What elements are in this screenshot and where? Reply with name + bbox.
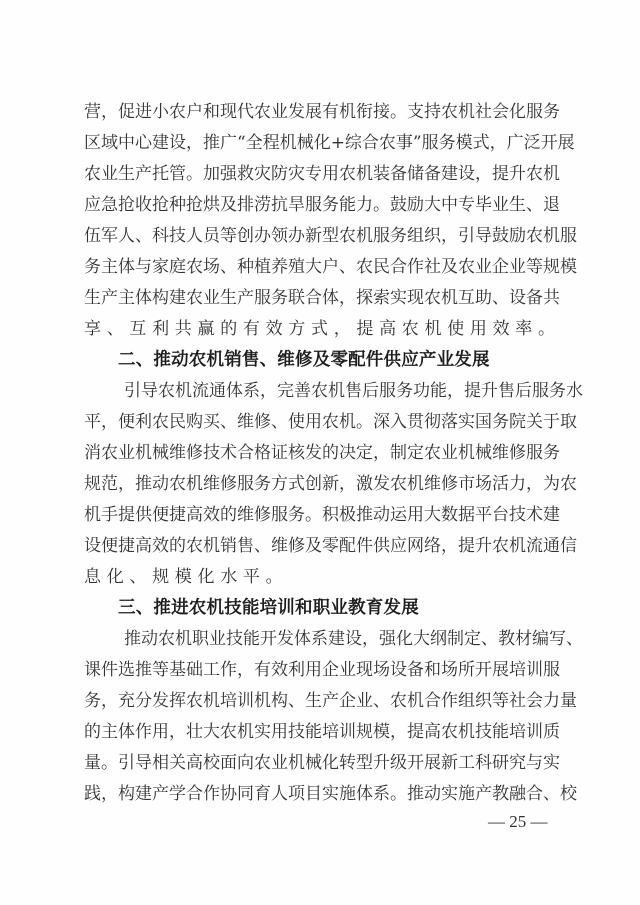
section-heading-3: 三、推进农机技能培训和职业教育发展	[84, 593, 558, 624]
body-line: 农业生产托管。加强救灾防灾专用农机装备储备建设，提升农机	[84, 159, 558, 190]
body-line: 息化、规模化水平。	[84, 562, 558, 593]
page-number: — 25 —	[488, 812, 548, 832]
body-line: 平，便利农民购买、维修、使用农机。深入贯彻落实国务院关于取	[84, 407, 558, 438]
body-line: 引导农机流通体系，完善农机售后服务功能，提升售后服务水	[84, 376, 558, 407]
body-line: 消农业机械维修技术合格证核发的决定，制定农业机械维修服务	[84, 438, 558, 469]
body-line: 务主体与家庭农场、种植养殖大户、农民合作社及农业企业等规模	[84, 252, 558, 283]
body-line: 设便捷高效的农机销售、维修及零配件供应网络，提升农机流通信	[84, 531, 558, 562]
body-line: 区域中心建设，推广“全程机械化+综合农事”服务模式，广泛开展	[84, 128, 558, 159]
body-line: 应急抢收抢种抢烘及排涝抗旱服务能力。鼓励大中专毕业生、退	[84, 190, 558, 221]
body-line: 规范，推动农机维修服务方式创新，激发农机维修市场活力，为农	[84, 469, 558, 500]
body-line: 的主体作用，壮大农机实用技能培训规模，提高农机技能培训质	[84, 717, 558, 748]
body-line: 伍军人、科技人员等创办领办新型农机服务组织，引导鼓励农机服	[84, 221, 558, 252]
section-heading-2: 二、推动农机销售、维修及零配件供应产业发展	[84, 345, 558, 376]
body-line: 践，构建产学合作协同育人项目实施体系。推动实施产教融合、校	[84, 779, 558, 810]
body-line: 量。引导相关高校面向农业机械化转型升级开展新工科研究与实	[84, 748, 558, 779]
body-line: 推动农机职业技能开发体系建设，强化大纲制定、教材编写、	[84, 624, 558, 655]
document-body: 营，促进小农户和现代农业发展有机衔接。支持农机社会化服务 区域中心建设，推广“全…	[84, 97, 558, 810]
body-line: 机手提供便捷高效的维修服务。积极推动运用大数据平台技术建	[84, 500, 558, 531]
body-line: 课件选推等基础工作，有效利用企业现场设备和场所开展培训服	[84, 655, 558, 686]
document-page: 营，促进小农户和现代农业发展有机衔接。支持农机社会化服务 区域中心建设，推广“全…	[0, 0, 640, 905]
body-line: 生产主体构建农业生产服务联合体，探索实现农机互助、设备共	[84, 283, 558, 314]
body-line: 营，促进小农户和现代农业发展有机衔接。支持农机社会化服务	[84, 97, 558, 128]
body-line: 享、互利共赢的有效方式，提高农机使用效率。	[84, 314, 558, 345]
body-line: 务，充分发挥农机培训机构、生产企业、农机合作组织等社会力量	[84, 686, 558, 717]
